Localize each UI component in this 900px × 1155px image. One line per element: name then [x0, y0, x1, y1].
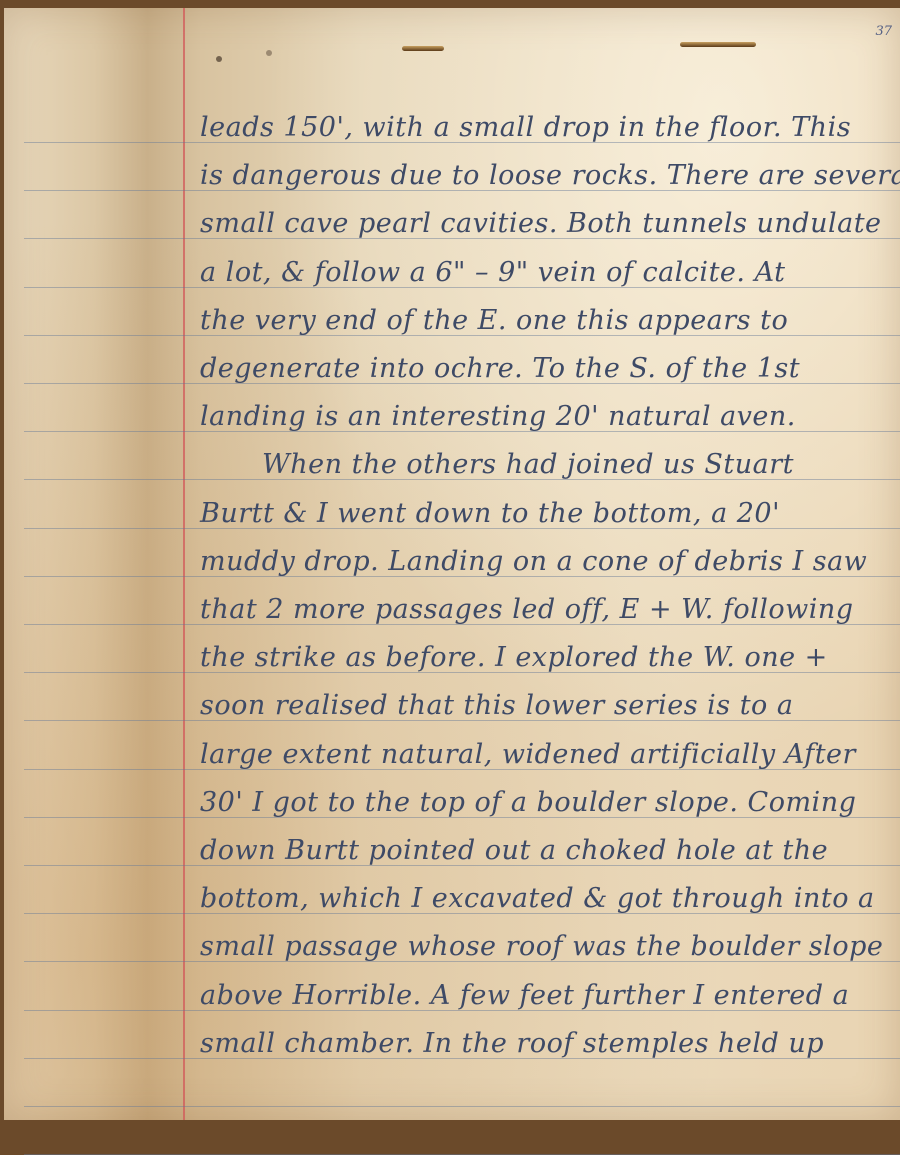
ruled-line: [24, 1106, 900, 1107]
text-line: is dangerous due to loose rocks. There a…: [200, 162, 890, 189]
text-line: degenerate into ochre. To the S. of the …: [200, 355, 890, 382]
binding-hole: [266, 50, 272, 56]
text-line: bottom, which I excavated & got through …: [200, 885, 890, 912]
text-line: Burtt & I went down to the bottom, a 20': [200, 500, 890, 527]
text-line: a lot, & follow a 6" – 9" vein of calcit…: [200, 259, 890, 286]
text-line: leads 150', with a small drop in the flo…: [200, 114, 890, 141]
page-number: 37: [875, 24, 892, 39]
text-line: muddy drop. Landing on a cone of debris …: [200, 548, 890, 575]
text-line: landing is an interesting 20' natural av…: [200, 403, 890, 430]
binding-staple-left: [402, 46, 444, 51]
text-line: the strike as before. I explored the W. …: [200, 644, 890, 671]
text-line: 30' I got to the top of a boulder slope.…: [200, 789, 890, 816]
text-line: small chamber. In the roof stemples held…: [200, 1030, 890, 1057]
margin-rule: [183, 8, 185, 1120]
binding-staple-right: [680, 42, 756, 47]
text-line: small passage whose roof was the boulder…: [200, 933, 890, 960]
text-line: that 2 more passages led off, E + W. fol…: [200, 596, 890, 623]
notebook-page: 37 leads 150', with a small drop in the …: [4, 8, 900, 1120]
binding-hole: [216, 56, 222, 62]
text-line: down Burtt pointed out a choked hole at …: [200, 837, 890, 864]
text-line: soon realised that this lower series is …: [200, 692, 890, 719]
text-line: the very end of the E. one this appears …: [200, 307, 890, 334]
text-line: large extent natural, widened artificial…: [200, 741, 890, 768]
text-line: When the others had joined us Stuart: [262, 451, 890, 478]
text-line: small cave pearl cavities. Both tunnels …: [200, 210, 890, 237]
text-line: above Horrible. A few feet further I ent…: [200, 982, 890, 1009]
